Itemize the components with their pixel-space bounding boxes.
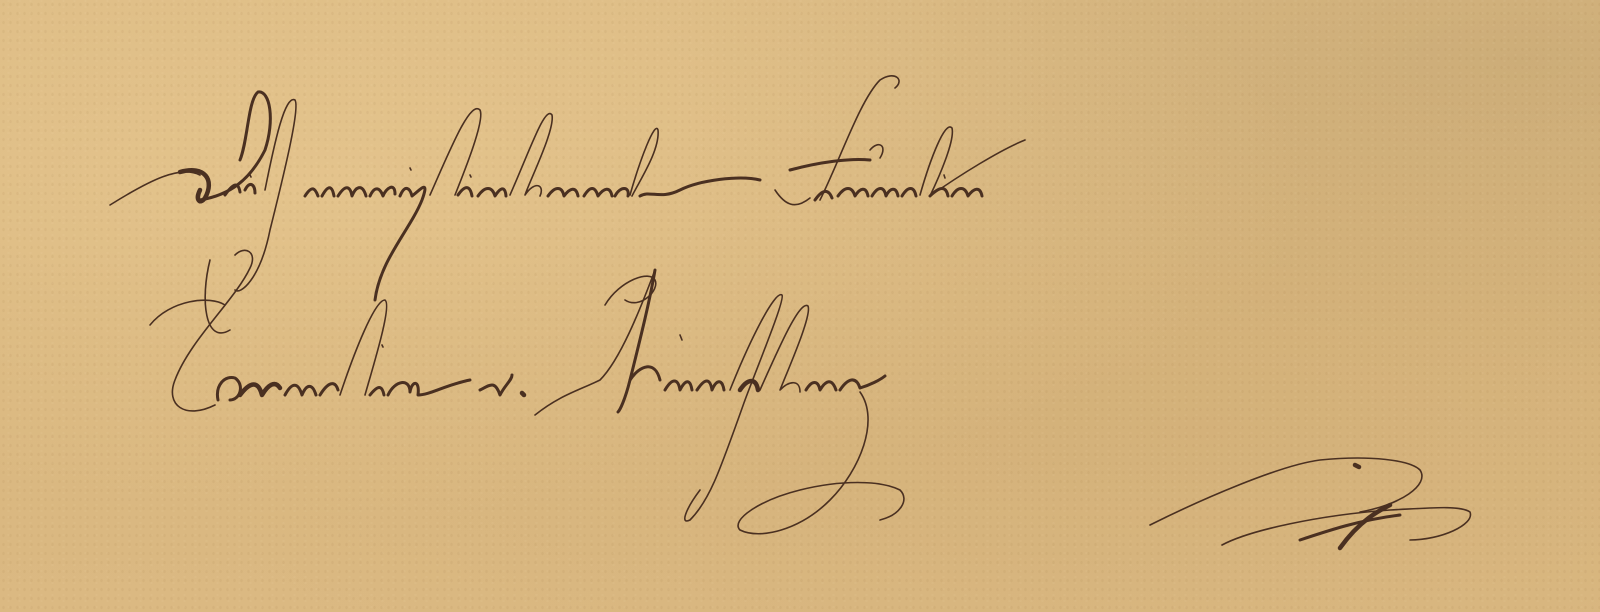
handwriting — [0, 0, 1600, 612]
line-2-handwriting — [150, 250, 904, 533]
aged-paper: Dich innigliebende Freundin Cornelia v. … — [0, 0, 1600, 612]
line-1-handwriting — [110, 76, 1025, 300]
signature-flourish — [1150, 458, 1470, 548]
